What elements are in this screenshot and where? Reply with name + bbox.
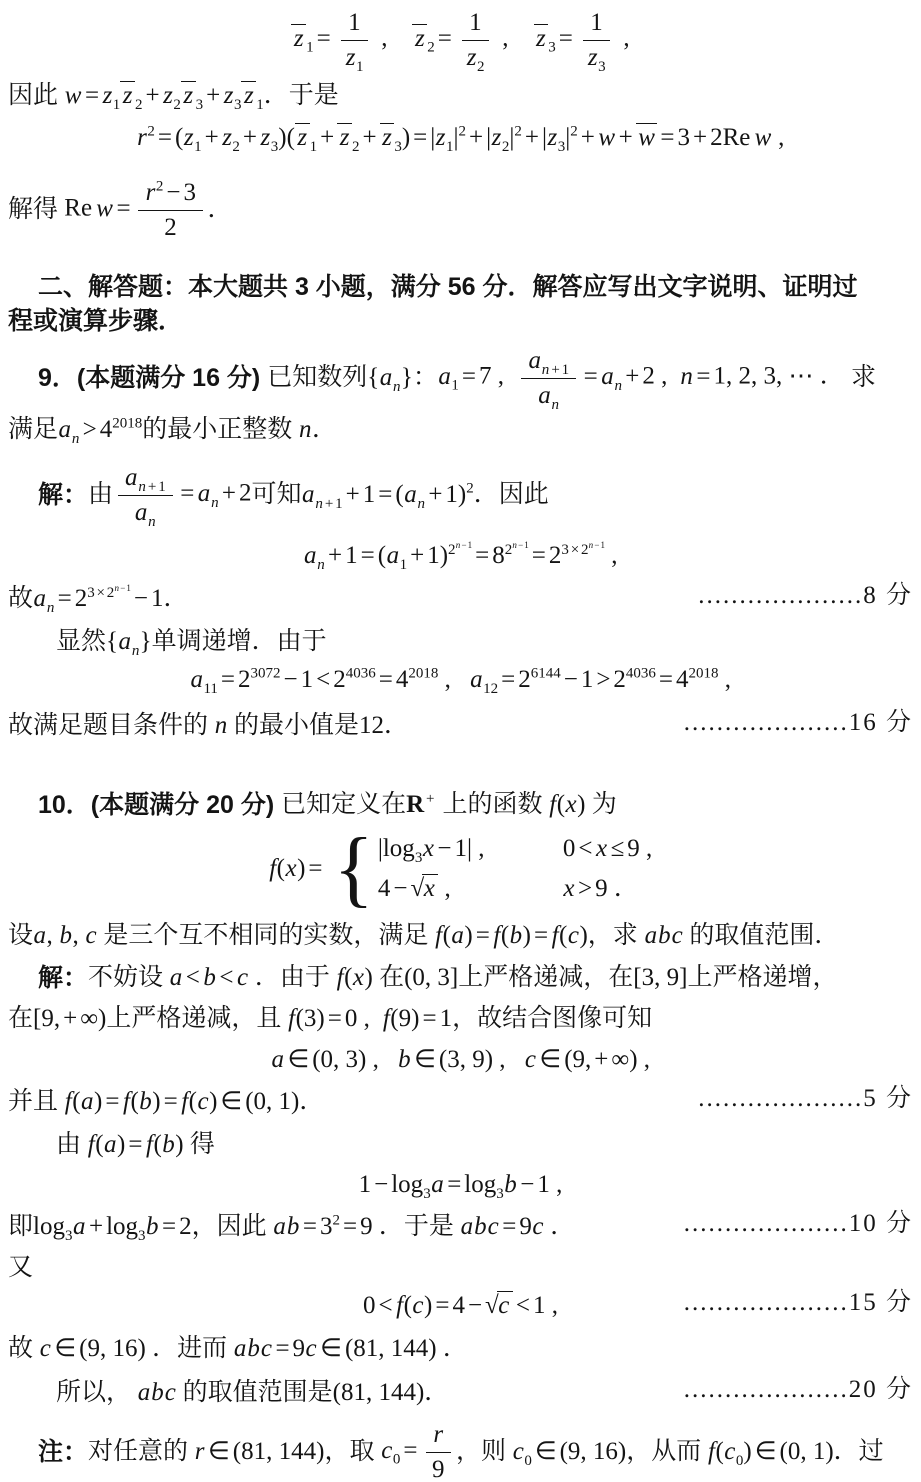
math-run: 1−log3a=log3b−1 , [359, 1169, 563, 1202]
para-c-range: 故 c∈(9, 16) ．进而 abc=9c∈(81, 144) ． [8, 1333, 913, 1366]
score-marker: ....................8 分 [698, 580, 913, 613]
math-run: Rew=r2−32 [64, 178, 207, 242]
math-run: abc [638, 920, 690, 953]
score-marker: ....................5 分 [698, 1083, 913, 1116]
math-run: an+1+1=(an+1)2 [302, 479, 474, 512]
math-run: n [208, 710, 234, 743]
overline: z [291, 24, 306, 52]
text-run: 由 [56, 1129, 81, 1162]
fraction: 1z1 [338, 8, 370, 72]
text-run: 求 [845, 362, 876, 395]
text-run: ： [413, 362, 438, 395]
para-therefore-w: 因此 w=z1z2+z2z3+z3z1．于是 [8, 80, 913, 113]
display-abc-ranges: a∈(0, 3) , b∈(3, 9) , c∈(9,+∞) , [8, 1044, 913, 1077]
text-run: ，从而 [626, 1436, 701, 1469]
text-run: ． [207, 194, 232, 227]
math-run: f(c0)∈(0, 1) [701, 1436, 833, 1469]
score-marker: ....................20 分 [684, 1374, 913, 1407]
text-run: ． [312, 414, 337, 447]
math-run: (81, 144) [333, 1377, 425, 1410]
cases-brace: { [334, 829, 374, 909]
score-marker: ....................10 分 [684, 1208, 913, 1241]
text-run: 故 [8, 583, 33, 616]
note-remark: 注：对任意的 r∈(81, 144)，取 c0=r9，则 c0∈(9, 16)，… [8, 1420, 913, 1482]
text-run: ，则 [456, 1436, 506, 1469]
fraction: r9 [425, 1420, 452, 1482]
text-run: 解得 [8, 194, 64, 227]
text-run: ，故结合图像可知 [452, 1003, 652, 1036]
math-run: x>9 ． [563, 873, 639, 906]
math-run: c∈(9, 16) [33, 1333, 152, 1366]
math-run: log3a+log3b=2 [33, 1211, 192, 1244]
bold-text-run: 9．(本题满分 16 分) [38, 362, 267, 395]
math-run: abc=9c [454, 1211, 550, 1244]
text-run: 显然 [56, 626, 106, 659]
math-run: n [292, 414, 312, 447]
display-r-squared: r2=(z1+z2+z3)(z1+z2+z3)=|z1|2+|z2|2+|z3|… [8, 122, 913, 155]
para-find-min-n: 满足an>42018的最小正整数 n． [8, 414, 913, 447]
text-run: ．由于 [255, 962, 330, 995]
para-min-n-result: 故满足题目条件的 n 的最小值是12．....................1… [8, 710, 913, 743]
math-run: abc [131, 1377, 183, 1410]
math-run: r∈(81, 144) [188, 1436, 324, 1469]
math-run: f(3)=0 , f(9)=1 [281, 1003, 452, 1036]
score-marker: ....................15 分 [684, 1287, 913, 1320]
radical: √c [485, 1292, 513, 1319]
math-run: 0<x≤9 , [563, 833, 652, 866]
text-run: 上严格递减，在 [458, 962, 633, 995]
text-run: 是三个互不相同的实数，满足 [103, 920, 428, 953]
text-run: 设 [8, 920, 33, 953]
math-run: a1=7 , an+1an=an+2 , n=1, 2, 3, ⋯ ． [438, 346, 845, 410]
math-run: an+1=(a1+1)2n−1=82n−1=23×2n−1 , [303, 540, 617, 573]
text-run: 的取值范围是 [183, 1377, 333, 1410]
text-run: 故满足题目条件的 [8, 710, 208, 743]
bold-text-run: 注： [38, 1436, 88, 1469]
math-run: c0∈(9, 16) [506, 1436, 626, 1469]
fraction: 1z3 [580, 8, 612, 72]
text-run: 故 [8, 1333, 33, 1366]
display-fc-bound: 0<f(c)=4−√c<1 ,....................15 分 [8, 1290, 913, 1323]
math-run: {an} [367, 362, 413, 395]
overline: z [534, 24, 549, 52]
bold-text-run: 解： [38, 479, 88, 512]
text-run: 并且 [8, 1086, 58, 1119]
text-run: ． [424, 1377, 449, 1410]
score-marker: ....................16 分 [684, 707, 913, 740]
math-run: f(x)= [269, 853, 326, 886]
solution-9-step-1: 解：由an+1an=an+2可知an+1+1=(an+1)2．因此 [8, 463, 913, 527]
math-run: z1=1z1 , z2=1z2 , z3=1z3 , [291, 8, 629, 72]
math-run: 0<f(c)=4−√c<1 , [363, 1290, 558, 1323]
math-run: (0, 3] [404, 962, 458, 995]
text-run: ．于是 [379, 1211, 454, 1244]
text-run: 即 [8, 1211, 33, 1244]
math-run: f(a)=f(b) [81, 1129, 190, 1162]
radical: √x [410, 875, 438, 902]
math-run: [9,+∞) [33, 1003, 106, 1036]
display-conjugate-formulas: z1=1z1 , z2=1z2 , z3=1z3 , [8, 8, 913, 72]
math-run: abc=9c∈(81, 144) [227, 1333, 443, 1366]
para-monotone: 显然{an}单调递增．由于 [8, 626, 913, 659]
math-run: {an} [106, 626, 152, 659]
para-abc-setup: 设a, b, c 是三个互不相同的实数，满足 f(a)=f(b)=f(c)，求 … [8, 920, 913, 953]
display-log-equation: 1−log3a=log3b−1 , [8, 1169, 913, 1202]
text-run: ． [443, 1333, 468, 1366]
math-run: 12 [359, 710, 384, 743]
math-run: R+ [406, 789, 436, 822]
text-run: ，取 [324, 1436, 374, 1469]
math-run: r2=(z1+z2+z3)(z1+z2+z3)=|z1|2+|z2|2+|z3|… [137, 122, 785, 155]
math-run: an+1an=an+2 [113, 463, 251, 527]
text-run: ，求 [588, 920, 638, 953]
piecewise-definition: f(x)={|log3x−1| ,0<x≤9 ,4−√x ,x>9 ． [269, 830, 653, 908]
text-run: 上严格递减，且 [106, 1003, 281, 1036]
display-piecewise-function: f(x)={|log3x−1| ,0<x≤9 ,4−√x ,x>9 ． [8, 830, 913, 908]
text-run: ．过 [834, 1436, 884, 1469]
para-fa-equals-fb: 由 f(a)=f(b) 得 [8, 1129, 913, 1162]
overline: z [337, 123, 352, 151]
text-run: 上的函数 [436, 789, 542, 822]
text-run: 所以， [56, 1377, 131, 1410]
text-run: ．于是 [264, 80, 339, 113]
math-run: [3, 9] [633, 962, 687, 995]
text-run: 可知 [252, 479, 302, 512]
text-run: 上严格递增， [687, 962, 837, 995]
solution-10-step-1b: 在[9,+∞)上严格递减，且 f(3)=0 , f(9)=1，故结合图像可知 [8, 1003, 913, 1036]
bold-text-run: 解： [38, 962, 88, 995]
text-run: 在 [379, 962, 404, 995]
fraction: an+1an [521, 346, 576, 410]
math-run: f(x) [543, 789, 592, 822]
text-run: ． [550, 1211, 575, 1244]
overline: z [295, 123, 310, 151]
text-run: 满足 [8, 414, 58, 447]
math-run: a<b<c [163, 962, 255, 995]
cases-row: |log3x−1| ,0<x≤9 , [378, 833, 652, 866]
text-run: 已知定义在 [281, 789, 406, 822]
bold-text-run: 10．(本题满分 20 分) [38, 789, 281, 822]
fraction: an+1an [118, 463, 173, 527]
text-run: ．进而 [152, 1333, 227, 1366]
math-run: |log3x−1| , [378, 833, 563, 866]
bold-text-run: 程或演算步骤． [8, 305, 183, 338]
text-run: 对任意的 [88, 1436, 188, 1469]
para-conclusion: 所以， abc 的取值范围是(81, 144)．................… [8, 1377, 913, 1410]
text-run: ，因此 [192, 1211, 267, 1244]
text-run: ．因此 [474, 479, 549, 512]
text-run: ． [163, 583, 188, 616]
solution-10-step-1a: 解：不妨设 a<b<c ．由于 f(x) 在(0, 3]上严格递减，在[3, 9… [8, 962, 913, 995]
document-page: z1=1z1 , z2=1z2 , z3=1z3 , 因此 w=z1z2+z2z… [0, 0, 921, 1482]
section-header-line-2: 程或演算步骤． [8, 305, 913, 338]
text-run: 因此 [8, 80, 64, 113]
fraction: 1z2 [459, 8, 491, 72]
text-run: 由 [88, 479, 113, 512]
math-run: a∈(0, 3) , b∈(3, 9) , c∈(9,+∞) , [271, 1044, 650, 1077]
display-a11-a12: a11=23072−1<24036=42018 , a12=26144−1>24… [8, 664, 913, 697]
bold-text-run: 二、解答题：本大题共 3 小题，满分 56 分．解答应写出文字说明、证明过 [38, 271, 858, 304]
para-an-result: 故an=23×2n−1−1．....................8 分 [8, 583, 913, 616]
text-run: 已知数列 [267, 362, 367, 395]
math-run: 4−√x , [378, 873, 563, 906]
text-run: 单调递增．由于 [152, 626, 327, 659]
overline: w [636, 123, 658, 151]
section-header-line-1: 二、解答题：本大题共 3 小题，满分 56 分．解答应写出文字说明、证明过 [8, 271, 913, 304]
math-run: a, b, c [33, 920, 103, 953]
problem-9-statement: 9．(本题满分 16 分) 已知数列{an}：a1=7 , an+1an=an+… [8, 346, 913, 410]
fraction: r2−32 [138, 178, 203, 242]
text-run: 不妨设 [88, 962, 163, 995]
display-an-formula: an+1=(a1+1)2n−1=82n−1=23×2n−1 , [8, 540, 913, 573]
math-run: an=23×2n−1−1 [33, 583, 163, 616]
text-run: 得 [190, 1129, 215, 1162]
overline: z [181, 81, 196, 109]
overline: z [380, 123, 395, 151]
cases-row: 4−√x ,x>9 ． [378, 873, 652, 906]
text-run: 在 [8, 1003, 33, 1036]
math-run: f(a)=f(b)=f(c) [428, 920, 587, 953]
text-run: ． [299, 1086, 324, 1119]
overline: z [120, 81, 135, 109]
problem-10-statement: 10．(本题满分 20 分) 已知定义在R+ 上的函数 f(x) 为 [8, 789, 913, 822]
text-run: 的最小值是 [234, 710, 359, 743]
math-run: c0=r9 [374, 1420, 455, 1482]
math-run: f(a)=f(b)=f(c)∈(0, 1) [58, 1086, 299, 1119]
para-solve-re-w: 解得 Rew=r2−32． [8, 178, 913, 242]
para-fabc-range: 并且 f(a)=f(b)=f(c)∈(0, 1)．...............… [8, 1086, 913, 1119]
para-ab-equals-9: 即log3a+log3b=2，因此 ab=32=9 ．于是 abc=9c ．..… [8, 1211, 913, 1244]
overline: z [241, 81, 256, 109]
math-run: ab=32=9 [267, 1211, 379, 1244]
math-run: a11=23072−1<24036=42018 , a12=26144−1>24… [190, 664, 731, 697]
math-run: f(x) [330, 962, 379, 995]
math-run: an>42018 [58, 414, 142, 447]
para-also: 又 [8, 1252, 913, 1285]
math-run: w=z1z2+z2z3+z3z1 [64, 80, 263, 113]
text-run: ． [384, 710, 409, 743]
text-run: 又 [8, 1252, 33, 1285]
overline: z [412, 24, 427, 52]
text-run: 的取值范围． [689, 920, 839, 953]
text-run: 的最小正整数 [142, 414, 292, 447]
text-run: 为 [592, 789, 617, 822]
